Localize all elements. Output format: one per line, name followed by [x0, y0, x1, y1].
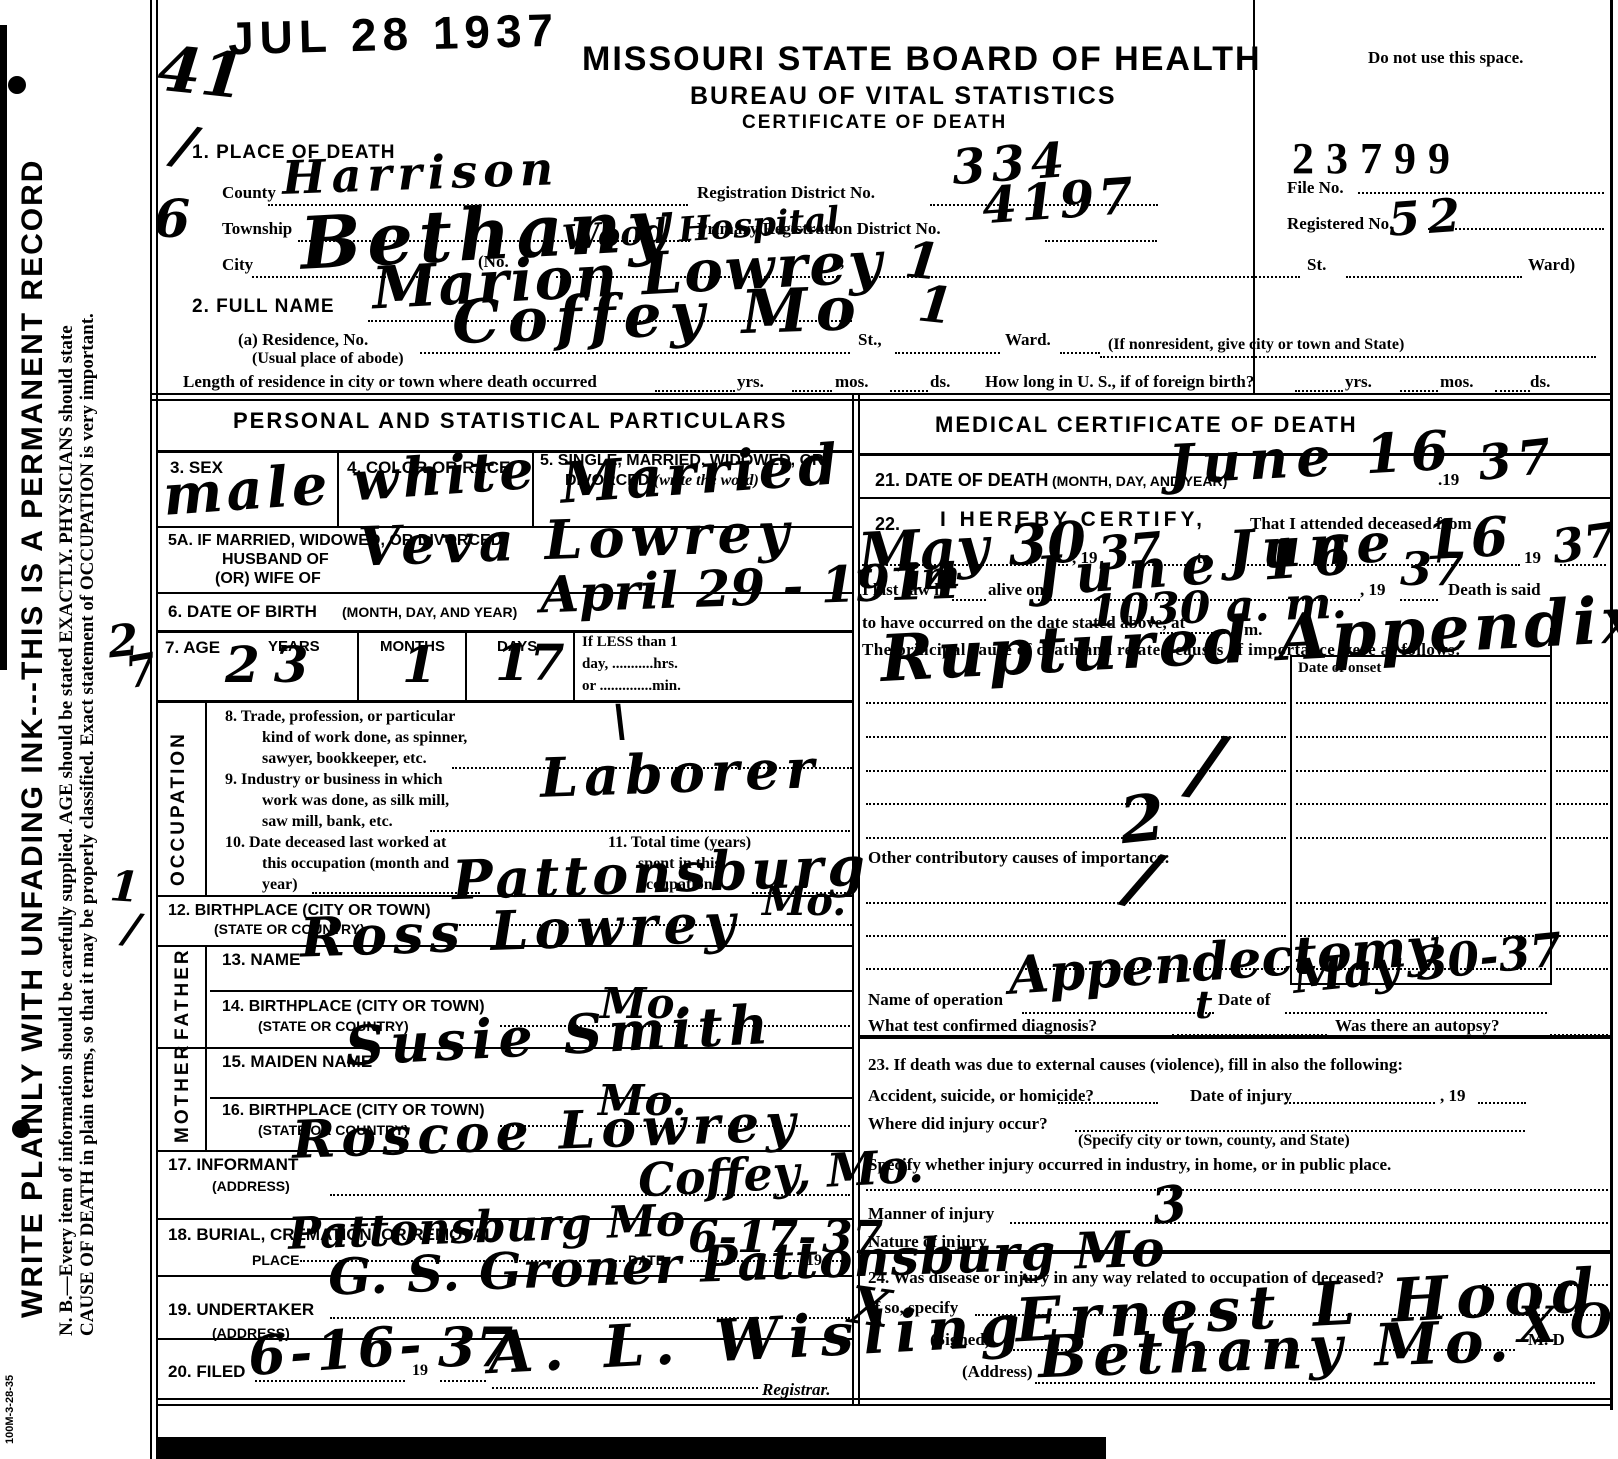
industry-label-line2: work was done, as silk mill, [262, 792, 449, 810]
dotted-line [890, 388, 928, 392]
county-label: County [222, 183, 276, 203]
dotted-line [420, 350, 850, 354]
dotted-line [1556, 966, 1608, 970]
dotted-line [930, 202, 1158, 206]
industry-value: Laborer [539, 741, 821, 805]
dotted-line [1296, 900, 1546, 904]
contributory-causes-label: Other contributory causes of importance: [868, 848, 1170, 868]
age-years-value: 23 [225, 640, 323, 690]
dotted-line [1482, 1282, 1608, 1286]
dotted-line [440, 1378, 486, 1382]
rule [150, 393, 1613, 395]
residence-st-label: St., [858, 330, 882, 350]
dotted-line [1296, 933, 1546, 937]
date-of-death-value: June 16 [1167, 422, 1458, 491]
rule [156, 1398, 1613, 1400]
trade-label-line1: 8. Trade, profession, or particular [225, 708, 455, 726]
dotted-line [1296, 700, 1546, 704]
registrar-label: Registrar. [762, 1380, 831, 1400]
dotted-line [866, 801, 1286, 805]
filed-label: 20. FILED [168, 1362, 245, 1382]
stray-mark-1a: 1 [109, 865, 141, 909]
date-of-death-year: 37 [1476, 432, 1559, 488]
dotted-line [1010, 1220, 1608, 1224]
rule [156, 945, 852, 947]
informant-label: 17. INFORMANT [168, 1155, 298, 1175]
do-not-use-label: Do not use this space. [1368, 48, 1523, 68]
rule [1290, 655, 1292, 985]
city-ward-label: Ward) [1528, 255, 1575, 275]
rule [1253, 0, 1255, 395]
dotted-line [1232, 562, 1520, 566]
dotted-line [1400, 597, 1438, 601]
rule [852, 395, 854, 1406]
informant-address-label: (ADDRESS) [212, 1178, 290, 1194]
dotted-line [492, 1385, 758, 1389]
dotted-line [1556, 734, 1608, 738]
abode-label: (Usual place of abode) [252, 350, 404, 368]
husband-wife-label2: HUSBAND OF [222, 551, 329, 569]
external-causes-label: 23. If death was due to external causes … [868, 1055, 1403, 1075]
autopsy-label: Was there an autopsy? [1335, 1016, 1500, 1036]
rule [156, 1047, 852, 1049]
length-mos-label: mos. [835, 372, 869, 392]
dotted-line [300, 1258, 625, 1262]
rule [1290, 983, 1552, 985]
specify-injury-label: Specify whether injury occurred in indus… [868, 1155, 1391, 1175]
dotted-line [866, 933, 1286, 937]
dotted-line [452, 922, 852, 926]
dotted-line [1400, 388, 1438, 392]
rule [0, 25, 7, 670]
last-worked-label-line2: this occupation (month and [262, 855, 449, 873]
length-ds2-label: ds. [1530, 372, 1550, 392]
stray-mark-6: 6 [154, 194, 190, 246]
md-crossout-x: X [1518, 1300, 1557, 1350]
dotted-line [1556, 835, 1608, 839]
dotted-line [832, 1258, 850, 1262]
rule [156, 0, 158, 1459]
dotted-line [975, 1312, 1600, 1316]
file-number-stamp: 23799 [1292, 134, 1462, 185]
test-confirmed-label: What test confirmed diagnosis? [868, 1016, 1097, 1036]
date-of-death-label: 21. DATE OF DEATH [875, 470, 1048, 491]
dotted-line [895, 350, 1000, 354]
rule [156, 1275, 852, 1277]
dotted-line [1556, 900, 1608, 904]
dotted-line [1556, 801, 1608, 805]
how-long-us-label: How long in U. S., if of foreign birth? [985, 372, 1254, 392]
cause-of-death-value: Ruptured Appendix [879, 588, 1618, 692]
length-yrs-label: yrs. [737, 372, 764, 392]
form-subtitle-bureau: BUREAU OF VITAL STATISTICS [690, 82, 1117, 111]
rule [337, 452, 339, 526]
date-of-death-19: .19 [1438, 470, 1459, 490]
father-name-label: 13. NAME [222, 950, 300, 970]
rule [156, 1150, 852, 1152]
dotted-line [452, 765, 852, 769]
dotted-line [500, 1023, 850, 1027]
dotted-line [866, 900, 1286, 904]
dotted-line [1556, 768, 1608, 772]
dotted-line [866, 966, 1286, 970]
dotted-line [655, 388, 735, 392]
dotted-line [1075, 1128, 1525, 1132]
rule [465, 632, 467, 702]
stray-mark-41: 41 [155, 38, 247, 109]
margin-bullet-top [8, 76, 26, 94]
dotted-line [1296, 966, 1546, 970]
dotted-line [252, 274, 470, 278]
ward-value-2: 1 [915, 278, 955, 331]
dotted-line [952, 597, 986, 601]
form-number: 100M-3-28-35 [4, 1375, 17, 1444]
city-label: City [222, 255, 253, 275]
rule [156, 1437, 1106, 1459]
dotted-line [1128, 562, 1186, 566]
last-worked-label-line3: year) [262, 876, 298, 894]
rule [210, 990, 852, 992]
death-certificate-scan: WRITE PLAINLY WITH UNFADING INK---THIS I… [0, 0, 1618, 1459]
trade-label-line3: sawyer, bookkeeper, etc. [262, 750, 427, 768]
dotted-line [792, 388, 832, 392]
rule [1550, 628, 1552, 985]
dotted-line [500, 1123, 850, 1127]
trade-stray-tick: \ [612, 700, 628, 744]
rule [150, 399, 1613, 401]
father-name-value: Ross Lowrey [299, 895, 742, 964]
registered-no-label: Registered No. [1287, 214, 1393, 234]
dotted-line [1296, 801, 1546, 805]
attended-to-19: 19 [1524, 548, 1541, 568]
form-subtitle-certificate: CERTIFICATE OF DEATH [742, 112, 1007, 134]
dotted-line [1058, 1100, 1158, 1104]
dotted-line [1010, 1347, 1515, 1351]
rule [858, 395, 860, 1406]
rule [1610, 0, 1613, 1410]
father-side-label: FATHER [172, 947, 194, 1040]
dotted-line [1346, 274, 1522, 278]
margin-nb-note: N. B.—Every item of information should b… [56, 313, 98, 1336]
dotted-line [1045, 238, 1157, 242]
dotted-line [368, 318, 852, 322]
residence-value: Coffey Mo [451, 279, 865, 353]
industry-label-line3: saw mill, bank, etc. [262, 813, 393, 831]
age-days-value: 17 [495, 638, 565, 688]
margin-permanent-record-note: WRITE PLAINLY WITH UNFADING INK---THIS I… [16, 159, 51, 1318]
dotted-line [866, 768, 1286, 772]
personal-particulars-header: PERSONAL AND STATISTICAL PARTICULARS [233, 408, 787, 433]
dotted-line [752, 890, 850, 894]
dob-sublabel: (MONTH, DAY, AND YEAR) [342, 604, 517, 620]
length-residence-label: Length of residence in city or town wher… [183, 372, 597, 392]
section-full-name: 2. FULL NAME [192, 296, 335, 318]
dotted-line [430, 828, 850, 832]
rule [156, 1338, 852, 1340]
dotted-line [1172, 1032, 1327, 1036]
dotted-line [1295, 388, 1343, 392]
nature-of-injury-label: Nature of injury [868, 1232, 987, 1252]
do-value: O [1570, 1298, 1612, 1346]
where-injury-label: Where did injury occur? [868, 1114, 1048, 1134]
ifless-line2: day, ...........hrs. [582, 656, 678, 673]
dotted-line [866, 835, 1286, 839]
sex-value: male [161, 456, 333, 524]
dotted-line [1550, 1032, 1608, 1036]
dotted-line [1285, 1010, 1547, 1014]
dotted-line [1012, 1248, 1608, 1252]
dotted-line [1285, 1100, 1435, 1104]
where-injury-note: (Specify city or town, county, and State… [1078, 1132, 1350, 1150]
rule [156, 450, 852, 453]
undertaker-label: 19. UNDERTAKER [168, 1300, 314, 1320]
dotted-line [1556, 700, 1608, 704]
dotted-line [1560, 562, 1606, 566]
length-yrs2-label: yrs. [1345, 372, 1372, 392]
operation-date-label: Date of [1218, 990, 1270, 1010]
dotted-line [862, 562, 1068, 566]
dotted-line [268, 202, 688, 206]
margin-nb-line2: CAUSE OF DEATH in plain terms, so that i… [77, 313, 98, 1336]
length-mos2-label: mos. [1440, 372, 1474, 392]
residence-ward-label: Ward. [1005, 330, 1051, 350]
rule [1290, 655, 1552, 657]
mother-side-label: MOTHER [172, 1043, 194, 1143]
rule [858, 497, 1610, 499]
dotted-line [866, 700, 1286, 704]
township-label: Township [222, 219, 292, 239]
dotted-line [330, 1192, 850, 1196]
occupation-side-label: OCCUPATION [168, 731, 190, 886]
dotted-line [556, 274, 838, 278]
dotted-line [1428, 226, 1604, 230]
rule [156, 630, 852, 633]
file-no-label: File No. [1287, 178, 1344, 198]
trade-label-line2: kind of work done, as spinner, [262, 729, 467, 747]
nonresident-note: (If nonresident, give city or town and S… [1108, 336, 1404, 354]
dotted-line [1296, 768, 1546, 772]
primary-registration-value: 4197 [980, 171, 1138, 232]
date-of-injury-label: Date of injury [1190, 1086, 1292, 1106]
rule [156, 526, 852, 528]
dotted-line [1296, 835, 1546, 839]
rule [532, 452, 534, 526]
filed-date-value: 6-16- [246, 1317, 427, 1383]
stray-mark-1b: / [121, 907, 142, 951]
signed-label: (Signed) [930, 1330, 990, 1350]
rule [156, 592, 852, 594]
dotted-line [1100, 354, 1596, 358]
dotted-line [1060, 350, 1100, 354]
age-label: 7. AGE [165, 638, 220, 658]
rule [156, 895, 852, 897]
dotted-line [1358, 190, 1604, 194]
birthplace-state-value: Mo. [762, 882, 846, 922]
address-label: (Address) [962, 1362, 1033, 1382]
rule [156, 700, 852, 703]
received-date-stamp: JUL 28 1937 [227, 4, 559, 66]
manner-stray-mark: 3 [1149, 1178, 1190, 1232]
dotted-line [1478, 1100, 1526, 1104]
dotted-line [690, 1258, 802, 1262]
husband-wife-label3: (OR) WIFE OF [215, 570, 321, 588]
rule [156, 1404, 1613, 1406]
operation-label: Name of operation [868, 990, 1003, 1010]
margin-bullet-bottom [12, 1120, 30, 1138]
dotted-line [298, 238, 690, 242]
dotted-line [866, 1187, 1608, 1191]
rule [210, 1097, 852, 1099]
dotted-line [868, 274, 1300, 278]
dotted-line [1495, 388, 1530, 392]
stray-mark-7: 7 [122, 648, 160, 697]
rule [573, 632, 575, 702]
residence-label: (a) Residence, No. [238, 330, 368, 350]
form-title: MISSOURI STATE BOARD OF HEALTH [582, 40, 1262, 79]
ifless-line1: If LESS than 1 [582, 634, 677, 651]
date-of-injury-19: , 19 [1440, 1086, 1466, 1106]
registered-no-value: 52 [1386, 191, 1469, 242]
dotted-line [1296, 734, 1546, 738]
dotted-line [866, 734, 1286, 738]
marital-value: Married [558, 436, 843, 511]
ifless-line3: or ..............min. [582, 678, 681, 695]
age-months-value: 1 [402, 640, 437, 690]
dotted-line [1038, 597, 1360, 601]
manner-of-injury-label: Manner of injury [868, 1204, 994, 1224]
registration-district-label: Registration District No. [697, 183, 875, 203]
dotted-line [1022, 1010, 1214, 1014]
dotted-line [1160, 630, 1240, 634]
city-st-label: St. [1307, 255, 1326, 275]
filed-19-label: 19 [412, 1362, 428, 1380]
dotted-line [312, 890, 480, 894]
rule [205, 700, 207, 897]
margin-nb-line1: N. B.—Every item of information should b… [56, 325, 77, 1336]
test-stray-mark: t [1195, 986, 1213, 1024]
dotted-line [330, 1315, 850, 1319]
industry-label-line1: 9. Industry or business in which [225, 771, 443, 789]
rule [858, 453, 1610, 456]
dotted-line [255, 1378, 405, 1382]
dotted-line [1035, 1380, 1595, 1384]
rule [156, 1218, 852, 1220]
rule [357, 632, 359, 702]
last-worked-label-line1: 10. Date deceased last worked at [225, 834, 446, 852]
dob-label: 6. DATE OF BIRTH [168, 602, 317, 622]
rule [150, 0, 152, 1459]
dotted-line [1556, 933, 1608, 937]
length-ds-label: ds. [930, 372, 950, 392]
